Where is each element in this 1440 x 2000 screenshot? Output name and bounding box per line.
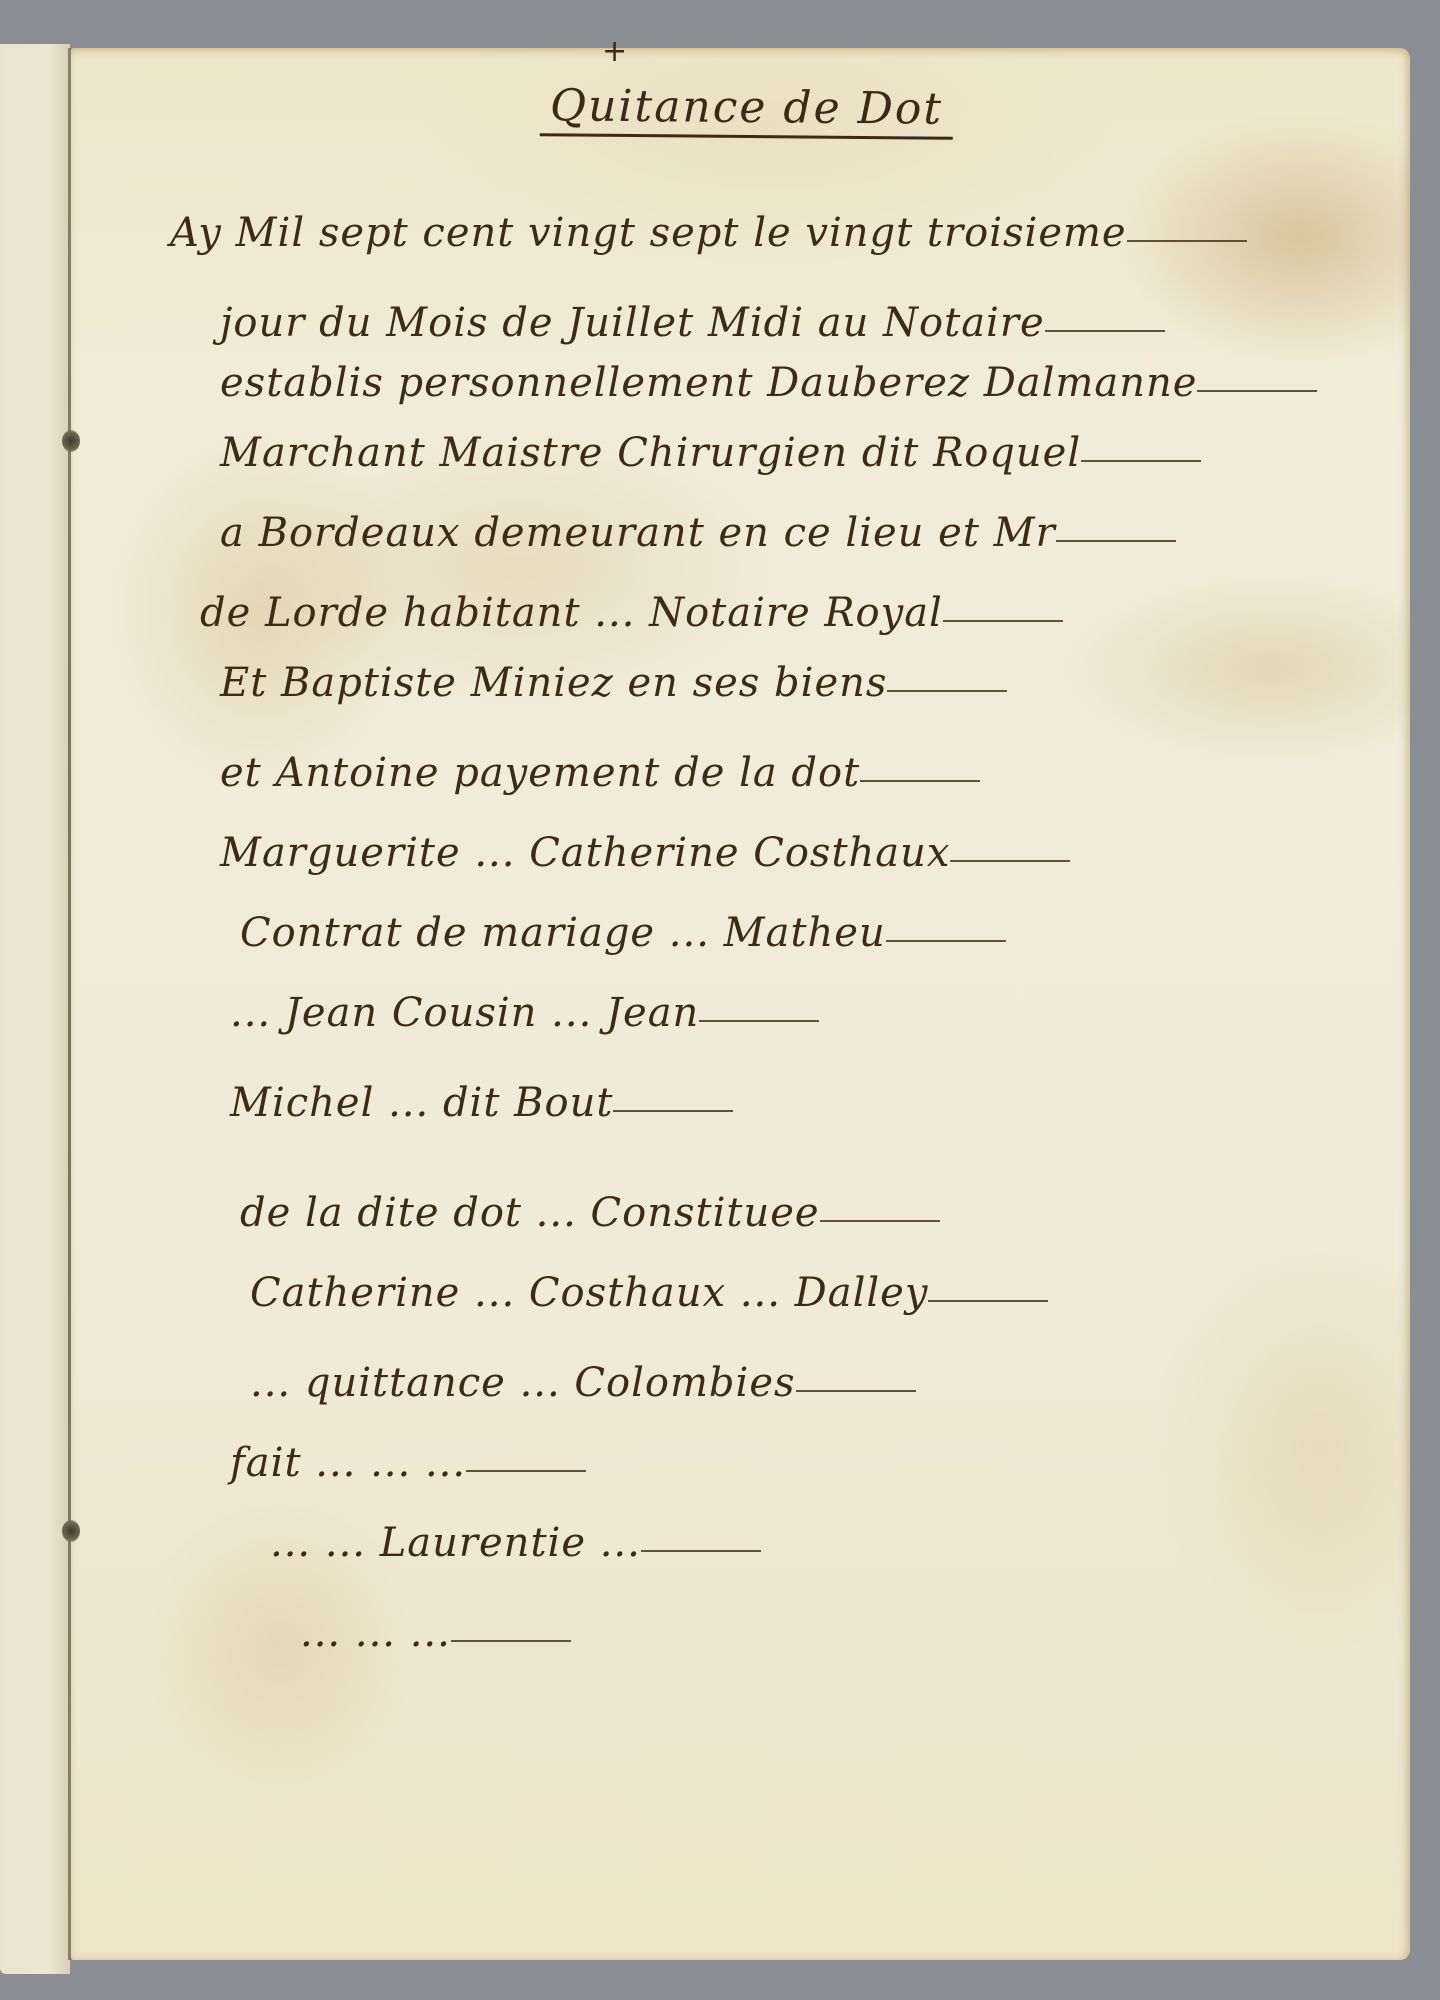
manuscript-line: ... quittance ... Colombies <box>250 1360 796 1406</box>
manuscript-line: fait ... ... ... <box>230 1440 466 1486</box>
manuscript-line: a Bordeaux demeurant en ce lieu et Mr <box>220 510 1056 556</box>
binding-hole <box>62 430 80 452</box>
heading-cross-mark: + <box>602 34 627 69</box>
manuscript-line: establis personnellement Dauberez Dalman… <box>220 360 1197 406</box>
manuscript-line: ... Jean Cousin ... Jean <box>230 990 699 1036</box>
manuscript-line: jour du Mois de Juillet Midi au Notaire <box>220 300 1045 346</box>
facing-page-edge <box>0 44 70 1974</box>
binding-gutter <box>68 48 71 1960</box>
manuscript-line: Catherine ... Costhaux ... Dalley <box>250 1270 928 1316</box>
manuscript-line: Ay Mil sept cent vingt sept le vingt tro… <box>170 210 1127 256</box>
manuscript-line: ... ... Laurentie ... <box>270 1520 641 1566</box>
manuscript-line: Contrat de mariage ... Matheu <box>240 910 886 956</box>
manuscript-line: Michel ... dit Bout <box>230 1080 613 1126</box>
manuscript-line: et Antoine payement de la dot <box>220 750 860 796</box>
binding-hole <box>62 1520 80 1542</box>
manuscript-line: Marchant Maistre Chirurgien dit Roquel <box>220 430 1081 476</box>
manuscript-line: Et Baptiste Miniez en ses biens <box>220 660 887 706</box>
manuscript-line: de Lorde habitant ... Notaire Royal <box>200 590 943 636</box>
manuscript-line: Marguerite ... Catherine Costhaux <box>220 830 950 876</box>
manuscript-line: ... ... ... <box>300 1610 451 1656</box>
manuscript-line: de la dite dot ... Constituee <box>240 1190 820 1236</box>
document-title: Quitance de Dot <box>540 80 954 140</box>
